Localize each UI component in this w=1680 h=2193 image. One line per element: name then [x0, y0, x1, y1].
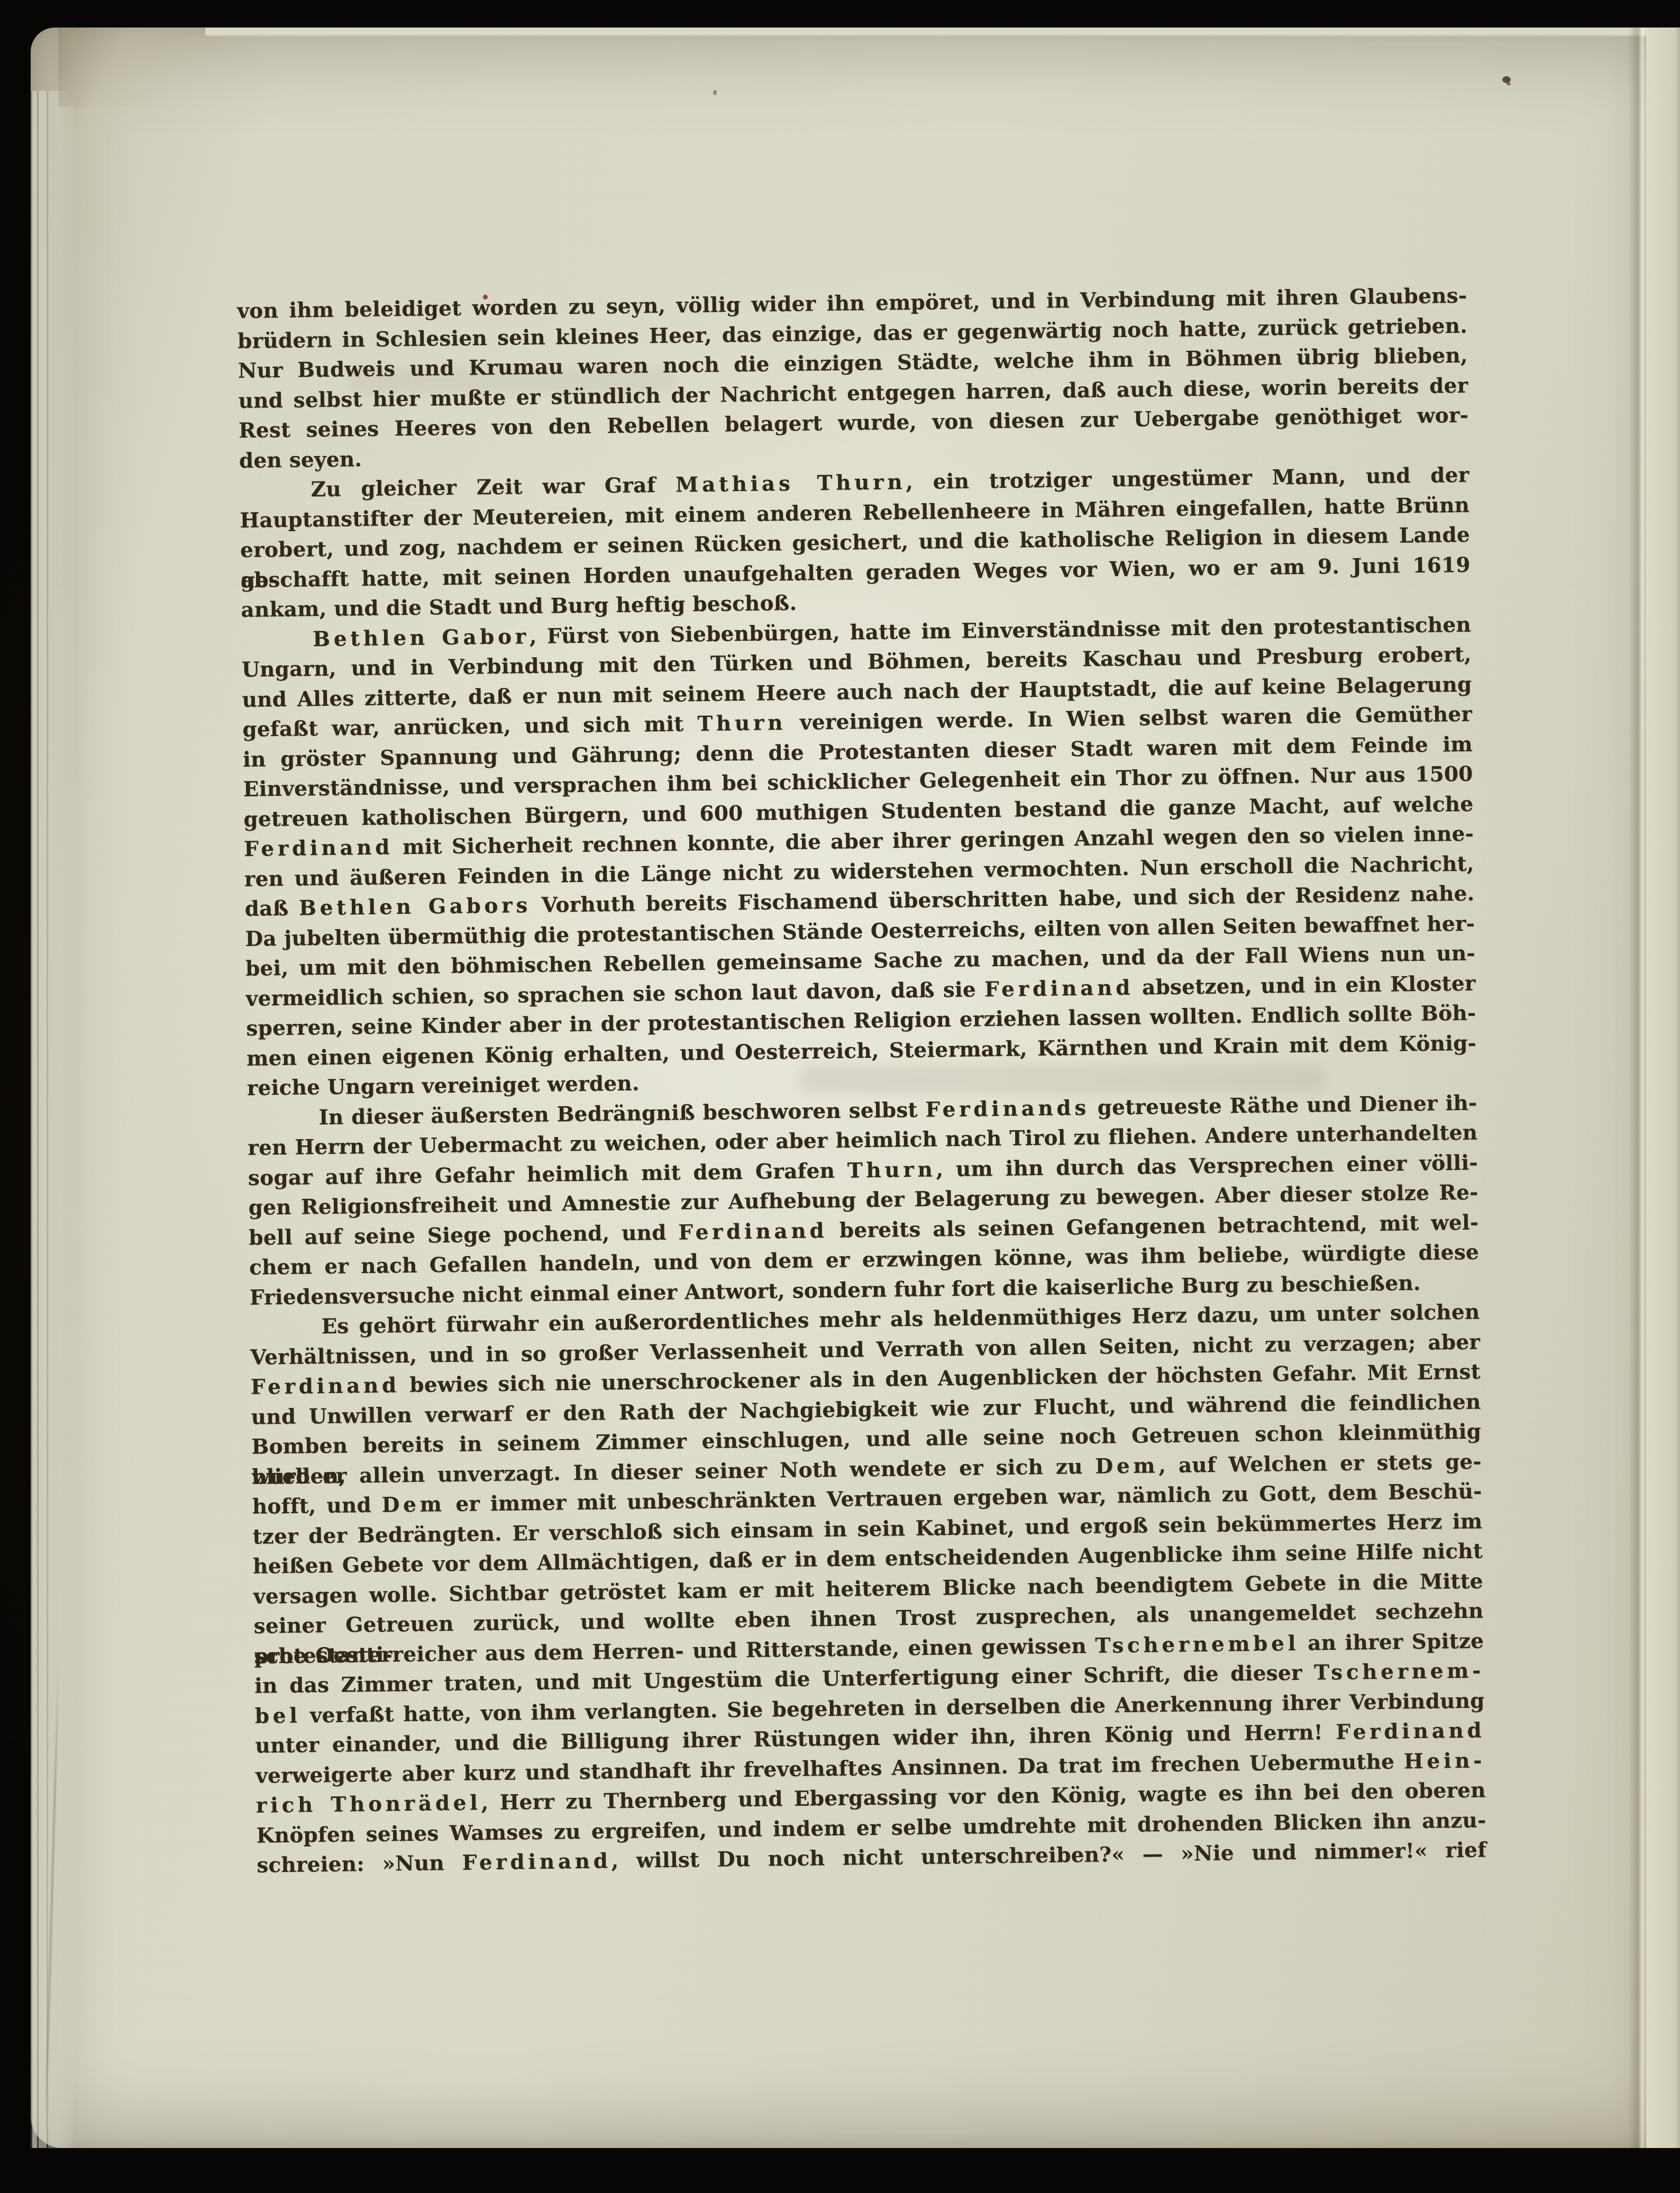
- text-run: bell auf seine Siege pochend, und: [249, 1220, 679, 1250]
- letterspaced-name: Tschernembel: [1095, 1631, 1299, 1658]
- letterspaced-name: Ferdinand: [1336, 1718, 1485, 1745]
- text-run: getreueste Räthe und Diener ih-: [1090, 1090, 1477, 1120]
- paper-speck: [713, 90, 717, 95]
- page-text-block: von ihm beleidiget worden zu seyn, völli…: [237, 281, 1486, 1880]
- page-fold-right: [1628, 28, 1646, 2148]
- text-run: vereinigen werde. In Wien selbst waren d…: [786, 702, 1473, 735]
- letterspaced-name: Thurn: [847, 1157, 936, 1182]
- text-run: den seyen.: [239, 447, 362, 473]
- text-run: sogar auf ihre Gefahr heimlich mit dem G…: [248, 1158, 847, 1190]
- letterspaced-name: Ferdinand: [984, 975, 1134, 1002]
- page-corner-fold: [58, 28, 259, 107]
- letterspaced-name: Tschernem-: [1314, 1659, 1484, 1685]
- text-run: , auf Welchen er stets ge-: [1158, 1449, 1482, 1478]
- letterspaced-name: Thurn: [697, 711, 786, 736]
- letterspaced-name: Bethlen Gabors: [299, 893, 531, 921]
- page-edge-top: [205, 28, 1680, 40]
- text-run: schreien: »Nun: [257, 1851, 462, 1878]
- letterspaced-name: rich Thonrädel: [256, 1790, 481, 1817]
- text-run: In dieser äußersten Bedrängniß beschwore…: [318, 1097, 925, 1129]
- letterspaced-name: Dem: [381, 1492, 445, 1517]
- text-run: gefaßt war, anrücken, und sich mit: [242, 712, 698, 742]
- text-run: ankam, und die Stadt und Burg heftig bes…: [241, 591, 797, 622]
- text-run: absetzen, und in ein Kloster: [1134, 971, 1476, 999]
- letterspaced-name: Ferdinand: [251, 1373, 400, 1399]
- letterspaced-name: Dem: [1095, 1453, 1158, 1479]
- adjacent-page-edge: [1646, 28, 1680, 2148]
- letterspaced-name: Ferdinand: [678, 1218, 827, 1245]
- text-run: hofft, und: [252, 1493, 382, 1519]
- text-run: bereits als seinen Gefangenen betrachten…: [827, 1210, 1479, 1242]
- letterspaced-name: Ferdinand: [462, 1849, 611, 1875]
- text-run: reiche Ungarn vereiniget werden.: [247, 1071, 640, 1100]
- letterspaced-name: Mathias Thurn: [675, 470, 906, 497]
- letterspaced-name: Bethlen Gabor: [313, 624, 529, 651]
- letterspaced-name: Ferdinands: [925, 1095, 1090, 1122]
- letterspaced-name: bel: [254, 1703, 300, 1728]
- text-run: Zu gleicher Zeit war Graf: [311, 473, 675, 502]
- text-run: , um ihn durch das Versprechen einer völ…: [936, 1150, 1478, 1181]
- text-run: , ein trotziger ungestümer Mann, und der: [906, 463, 1469, 494]
- letterspaced-name: Hein-: [1404, 1748, 1486, 1773]
- letterspaced-name: Ferdinand: [244, 835, 393, 861]
- text-run: daß: [244, 896, 299, 921]
- book-page: von ihm beleidiget worden zu seyn, völli…: [31, 28, 1680, 2148]
- paper-speck: [1502, 76, 1511, 83]
- text-run: an ihrer Spitze: [1299, 1628, 1484, 1655]
